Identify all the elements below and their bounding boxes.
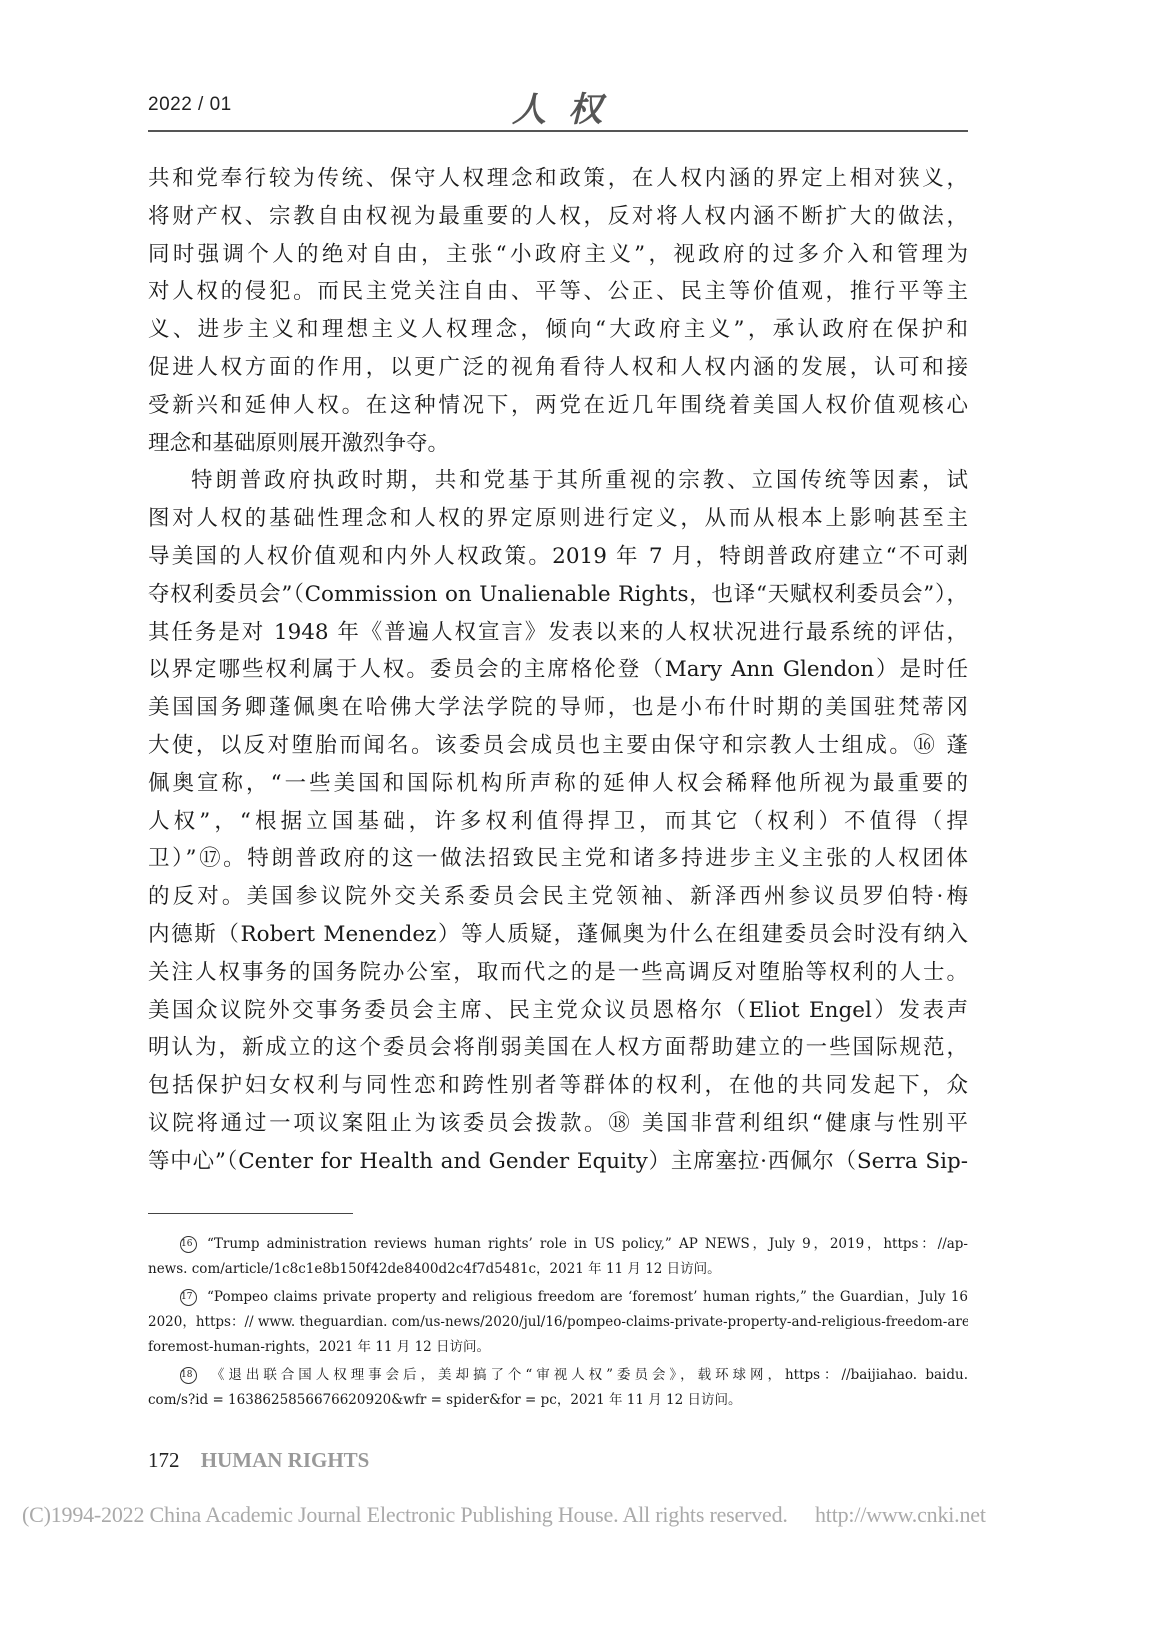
- footnote-18: 18《退出联合国人权理事会后，美却搞了个“审视人权”委员会》，载环球网，http…: [148, 1363, 968, 1413]
- body-line: 特朗普政府执政时期，共和党基于其所重视的宗教、立国传统等因素，试: [148, 462, 968, 500]
- body-line: 美国国务卿蓬佩奥在哈佛大学法学院的导师，也是小布什时期的美国驻梵蒂冈: [148, 689, 968, 727]
- body-line: 以界定哪些权利属于人权。委员会的主席格伦登（Mary Ann Glendon）是…: [148, 651, 968, 689]
- body-line: 理念和基础原则展开激烈争夺。: [148, 425, 968, 463]
- running-header: 2022 / 01 人权: [148, 88, 968, 128]
- footnote-number: 17: [180, 1289, 197, 1306]
- body-line: 导美国的人权价值观和内外人权政策。2019 年 7 月，特朗普政府建立“不可剥: [148, 538, 968, 576]
- body-text: 共和党奉行较为传统、保守人权理念和政策，在人权内涵的界定上相对狭义， 将财产权、…: [148, 160, 968, 1181]
- footnote-text: 《退出联合国人权理事会后，美却搞了个“审视人权”委员会》，载环球网，https：…: [207, 1367, 968, 1383]
- header-rule: [148, 130, 968, 132]
- body-line: 同时强调个人的绝对自由，主张“小政府主义”，视政府的过多介入和管理为: [148, 236, 968, 274]
- copyright-text: (C)1994-2022 China Academic Journal Elec…: [22, 1502, 788, 1527]
- journal-name-footer: HUMAN RIGHTS: [201, 1448, 370, 1472]
- body-line: 对人权的侵犯。而民主党关注自由、平等、公正、民主等价值观，推行平等主: [148, 273, 968, 311]
- body-line: 将财产权、宗教自由权视为最重要的人权，反对将人权内涵不断扩大的做法，: [148, 198, 968, 236]
- body-line: 美国众议院外交事务委员会主席、民主党众议员恩格尔（Eliot Engel）发表声: [148, 992, 968, 1030]
- body-line: 促进人权方面的作用，以更广泛的视角看待人权和人权内涵的发展，认可和接: [148, 349, 968, 387]
- footnote-text: 2020，https：// www. theguardian. com/us-n…: [148, 1310, 968, 1335]
- body-line: 图对人权的基础性理念和人权的界定原则进行定义，从而从根本上影响甚至主: [148, 500, 968, 538]
- copyright-notice: (C)1994-2022 China Academic Journal Elec…: [22, 1502, 1152, 1528]
- body-line: 议院将通过一项议案阻止为该委员会拨款。⑱ 美国非营利组织“健康与性别平: [148, 1105, 968, 1143]
- body-line: 包括保护妇女权利与同性恋和跨性别者等群体的权利，在他的共同发起下，众: [148, 1067, 968, 1105]
- issue-number: 2022 / 01: [148, 94, 232, 116]
- body-line: 内德斯（Robert Menendez）等人质疑，蓬佩奥为什么在组建委员会时没有…: [148, 916, 968, 954]
- footnote-number: 18: [180, 1367, 197, 1384]
- body-line: 义、进步主义和理想主义人权理念，倾向“大政府主义”，承认政府在保护和: [148, 311, 968, 349]
- body-line: 卫）”⑰。特朗普政府的这一做法招致民主党和诸多持进步主义主张的人权团体: [148, 840, 968, 878]
- journal-title: 人权: [512, 82, 624, 131]
- body-line: 共和党奉行较为传统、保守人权理念和政策，在人权内涵的界定上相对狭义，: [148, 160, 968, 198]
- body-line: 的反对。美国参议院外交关系委员会民主党领袖、新泽西州参议员罗伯特·梅: [148, 878, 968, 916]
- body-line: 大使，以反对堕胎而闻名。该委员会成员也主要由保守和宗教人士组成。⑯ 蓬: [148, 727, 968, 765]
- page-footer: 172 HUMAN RIGHTS: [148, 1448, 369, 1473]
- footnote-text: foremost-human-rights，2021 年 11 月 12 日访问…: [148, 1335, 968, 1360]
- footnote-text: “Trump administration reviews human righ…: [207, 1236, 968, 1252]
- footnote-separator: [148, 1213, 353, 1214]
- body-line: 夺权利委员会”（Commission on Unalienable Rights…: [148, 576, 968, 614]
- copyright-url[interactable]: http://www.cnki.net: [815, 1502, 986, 1527]
- footnote-17: 17“Pompeo claims private property and re…: [148, 1285, 968, 1360]
- body-line: 佩奥宣称，“一些美国和国际机构所声称的延伸人权会稀释他所视为最重要的: [148, 765, 968, 803]
- body-line: 其任务是对 1948 年《普遍人权宣言》发表以来的人权状况进行最系统的评估，: [148, 614, 968, 652]
- body-line: 明认为，新成立的这个委员会将削弱美国在人权方面帮助建立的一些国际规范，: [148, 1029, 968, 1067]
- footnotes: 16“Trump administration reviews human ri…: [148, 1232, 968, 1416]
- body-line: 受新兴和延伸人权。在这种情况下，两党在近几年围绕着美国人权价值观核心: [148, 387, 968, 425]
- footnote-16: 16“Trump administration reviews human ri…: [148, 1232, 968, 1282]
- footnote-text: “Pompeo claims private property and reli…: [207, 1289, 968, 1305]
- page-number: 172: [148, 1448, 180, 1472]
- footnote-text: com/s?id = 1638625856676620920&wfr = spi…: [148, 1388, 968, 1413]
- body-line: 人权”，“根据立国基础，许多权利值得捍卫，而其它（权利）不值得（捍: [148, 803, 968, 841]
- body-line: 关注人权事务的国务院办公室，取而代之的是一些高调反对堕胎等权利的人士。: [148, 954, 968, 992]
- footnote-text: news. com/article/1c8c1e8b150f42de8400d2…: [148, 1257, 968, 1282]
- footnote-number: 16: [180, 1236, 197, 1253]
- body-line: 等中心”（Center for Health and Gender Equity…: [148, 1143, 968, 1181]
